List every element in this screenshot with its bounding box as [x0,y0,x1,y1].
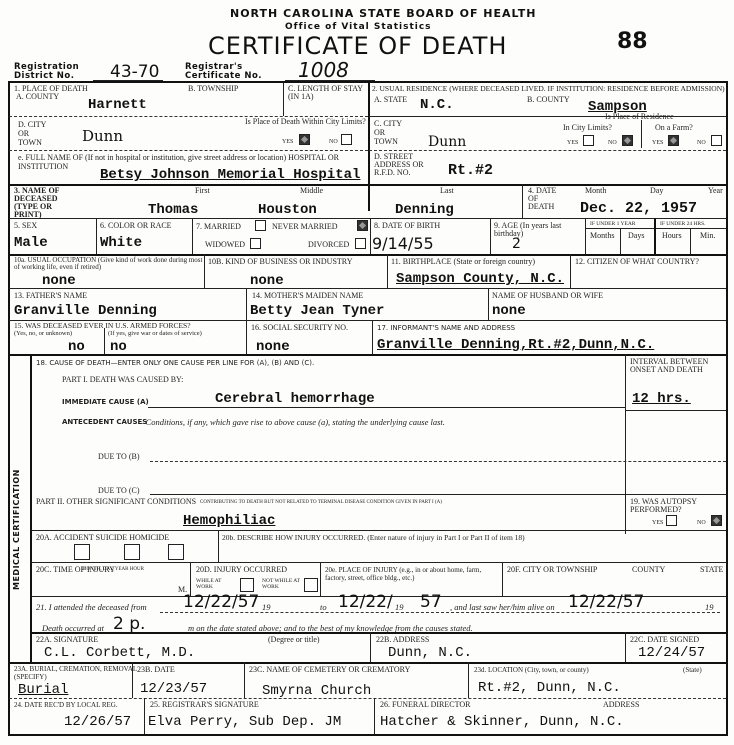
last-name-label: Last [440,187,454,195]
date-of-death-value[interactable]: Dec. 22, 1957 [580,202,697,216]
widowed-label: WIDOWED [205,241,245,249]
widowed-checkbox[interactable] [250,238,261,249]
attended-to-19-label: 19 [395,603,404,611]
certificate-title: CERTIFICATE OF DEATH [208,32,507,60]
township-label: b. TOWNSHIP [188,85,238,93]
on-farm-no-label: NO [697,139,706,147]
in-city-no-label: NO [608,139,617,147]
cause-of-death-label: 18. CAUSE OF DEATH—ENTER ONLY ONE CAUSE … [36,359,314,367]
mother-label: 14. MOTHER'S MAIDEN NAME [252,292,363,300]
burial-location-label: 23d. LOCATION (City, town, or county) [474,666,589,674]
within-limits-yes-label: YES [282,138,293,146]
within-limits-label: Is Place of Death Within City Limits? [245,118,370,126]
occupation-label: 10a. USUAL OCCUPATION (Give kind of work… [14,257,204,271]
race-value[interactable]: White [100,236,142,250]
attended-from-value[interactable]: 12/22/57 [183,594,259,611]
last-name-value[interactable]: Denning [395,203,454,217]
death-county-label: a. COUNTY [16,93,59,101]
injury-city-label: 20f. CITY OR TOWNSHIP [507,566,597,574]
physician-address-label: 22b. ADDRESS [376,636,429,644]
autopsy-no-label: NO [697,519,706,527]
res-state-label: a. STATE [374,96,407,104]
never-married-label: NEVER MARRIED [272,223,338,231]
medical-certification-label: MEDICAL CERTIFICATION [12,469,21,590]
funeral-director-value[interactable]: Hatcher & Skinner, Dunn, N.C. [380,715,624,729]
sex-label: 5. SEX [14,222,37,230]
antecedent-label: ANTECEDENT CAUSES [62,418,147,426]
months-label: Months [590,232,614,240]
registrar-signature-label: 25. REGISTRAR'S SIGNATURE [150,701,259,709]
on-farm-no-checkbox[interactable] [711,135,722,146]
while-at-work-checkbox[interactable] [240,578,254,592]
informant-value[interactable]: Granville Denning,Rt.#2,Dunn,N.C. [377,338,654,352]
injury-occurred-label: 20d. INJURY OCCURRED [196,566,287,574]
deceased-name-label: 3. NAME OF DECEASED (Type or Print) [14,187,74,219]
autopsy-label: 19. WAS AUTOPSY PERFORMED? [630,498,720,514]
suicide-checkbox[interactable] [124,544,140,560]
in-city-yes-checkbox[interactable] [583,135,594,146]
registrar-signature-value[interactable]: Elva Perry, Sub Dep. JM [148,715,341,729]
immediate-cause-value[interactable]: Cerebral hemorrhage [215,392,375,406]
funeral-director-label: 26. FUNERAL DIRECTOR [380,701,470,709]
res-city-label: c. CITY OR TOWN [374,119,404,146]
death-time-value[interactable]: 2 p. [113,616,145,633]
armed-forces-sub2: (If yes, give war or dates of service) [108,330,202,338]
physician-address-value[interactable]: Dunn, N.C. [388,646,472,660]
certificate-no-value[interactable]: 1008 [298,62,349,79]
death-city-value[interactable]: Dunn [82,128,123,145]
armed-forces-label: 15. WAS DECEASED EVER IN U.S. ARMED FORC… [14,322,191,330]
accident-label: 20a. ACCIDENT SUICIDE HOMICIDE [36,534,169,542]
street-label: d. STREET ADDRESS or R.F.D. NO. [374,153,434,177]
res-county-label: b. COUNTY [527,96,570,104]
burial-date-label: 23b. DATE [137,666,175,674]
part1-label: PART I. DEATH WAS CAUSED BY: [62,376,183,384]
first-name-value[interactable]: Thomas [148,203,198,217]
divorced-checkbox[interactable] [355,238,366,249]
interval-label: INTERVAL BETWEEN ONSET AND DEATH [630,358,725,374]
immediate-cause-label: IMMEDIATE CAUSE (a) [62,398,149,406]
month-label: Month [585,187,606,195]
reg-district-value[interactable]: 43-70 [110,64,159,81]
due-to-c-label: DUE TO (c) [98,487,139,495]
informant-label: 17. INFORMANT'S NAME AND ADDRESS [377,324,515,332]
date-received-value[interactable]: 12/26/57 [64,715,131,729]
place-of-injury-label: 20e. PLACE OF INJURY (e.g., in or about … [325,566,500,582]
first-name-label: First [195,187,210,195]
corner-mark: 88 [617,33,648,50]
sex-value[interactable]: Male [14,236,48,250]
occupation-value[interactable]: none [42,274,76,288]
middle-name-label: Middle [300,187,323,195]
not-while-at-work-checkbox[interactable] [304,578,318,592]
board-heading: NORTH CAROLINA STATE BOARD OF HEALTH [230,7,536,20]
dob-value[interactable]: 9/14/55 [372,235,434,252]
date-signed-value[interactable]: 12/24/57 [638,646,705,660]
autopsy-yes-checkbox[interactable] [666,515,677,526]
autopsy-no-checkbox[interactable] [711,515,722,526]
birthplace-label: 11. BIRTHPLACE (State or foreign country… [391,258,535,266]
hours-label: Hours [662,232,682,240]
citizen-label: 12. CITIZEN OF WHAT COUNTRY? [575,258,699,266]
cemetery-label: 23c. NAME OF CEMETERY OR CREMATORY [249,666,410,674]
attended-to-value[interactable]: 12/22/ [338,594,393,611]
antecedent-note: —Conditions, if any, which gave rise to … [138,418,445,426]
interval-value[interactable]: 12 hrs. [632,392,691,406]
middle-name-value[interactable]: Houston [258,203,317,217]
last-saw-value[interactable]: 12/22/57 [568,594,644,611]
burial-state-label: (State) [683,666,702,674]
armed-forces-sub1: (Yes, no, or unknown) [14,330,72,338]
office-heading: Office of Vital Statistics [285,22,432,32]
autopsy-yes-label: YES [652,519,663,527]
in-city-yes-label: YES [567,139,578,147]
under-24-hrs-label: IF UNDER 24 HRS. [660,220,706,228]
on-farm-yes-checkbox[interactable] [668,135,679,146]
res-city-value[interactable]: Dunn [428,134,466,151]
date-signed-label: 22c. DATE SIGNED [630,636,699,644]
burial-location-value[interactable]: Rt.#2, Dunn, N.C. [478,681,621,695]
funeral-address-label: ADDRESS [603,701,639,709]
burial-date-value[interactable]: 12/23/57 [140,682,207,696]
within-limits-no-label: NO [329,138,338,146]
spouse-label: NAME OF HUSBAND OR WIFE [492,292,603,300]
degree-label: (Degree or title) [268,636,320,644]
date-of-death-label: 4. DATE OF DEATH [528,187,563,211]
in-place-label: Is Place of Residence [605,113,674,121]
birthplace-value[interactable]: Sampson County, N.C. [396,272,564,286]
part2-label: PART II. OTHER SIGNIFICANT CONDITIONS [36,498,196,506]
business-value[interactable]: none [250,274,284,288]
reg-district-label: Registration District No. [14,63,99,81]
accident-checkbox[interactable] [74,544,90,560]
injury-county-label: COUNTY [632,566,665,574]
in-city-label: In City Limits? [563,124,612,132]
death-occurred-label: Death occurred at [42,624,104,632]
burial-type-value[interactable]: Burial [18,683,68,697]
last-saw-19-label: 19 [705,603,714,611]
res-state-value[interactable]: N.C. [420,98,454,112]
homicide-checkbox[interactable] [168,544,184,560]
married-checkbox[interactable] [255,220,266,231]
father-value[interactable]: Granville Denning [14,304,157,318]
death-city-label: d. CITY OR TOWN [18,120,48,147]
business-label: 10b. KIND OF BUSINESS OR INDUSTRY [208,258,352,266]
on-farm-label: On a Farm? [655,124,693,132]
divorced-label: DIVORCED [308,241,349,249]
under-1-year-label: IF UNDER 1 YEAR [590,220,635,228]
armed-service-value[interactable]: no [110,340,127,354]
within-limits-yes-checkbox[interactable] [299,134,310,145]
attended-label: 21. I attended the deceased from [36,603,147,611]
day-label: Day [650,187,663,195]
signature-label: 22a. SIGNATURE [36,636,98,644]
father-label: 13. FATHER'S NAME [14,292,87,300]
never-married-checkbox[interactable] [357,220,368,231]
days-label: Days [628,232,644,240]
part2-value[interactable]: Hemophiliac [183,514,275,528]
signature-value[interactable]: C.L. Corbett, M.D. [44,646,195,660]
death-county-value[interactable]: Harnett [88,98,147,112]
death-occurred-note: m on the date stated above; and to the b… [188,624,473,632]
due-to-b-label: DUE TO (b) [98,453,139,461]
last-saw-label: , and last saw her/him alive on [450,603,555,611]
ssn-label: 16. SOCIAL SECURITY NO. [251,324,348,332]
part2-note: CONTRIBUTING TO DEATH BUT NOT RELATED TO… [200,499,442,507]
cemetery-value[interactable]: Smyrna Church [262,684,371,698]
ssn-value[interactable]: none [256,340,290,354]
certificate-no-label: Registrar's Certificate No. [185,63,285,81]
hospital-value[interactable]: Betsy Johnson Memorial Hospital [100,168,360,182]
burial-type-label: 23a. BURIAL, CREMATION, REMOVAL (Specify… [14,665,139,681]
spouse-value[interactable]: none [492,304,526,318]
describe-injury-label: 20b. DESCRIBE HOW INJURY OCCURRED. (Ente… [222,534,525,542]
attended-to-year-value[interactable]: 57 [420,594,442,611]
mother-value[interactable]: Betty Jean Tyner [250,304,384,318]
while-at-work-label: WHILE AT WORK [196,578,236,590]
race-label: 6. COLOR OR RACE [100,222,172,230]
attended-19-label: 19 [262,603,271,611]
dob-label: 8. DATE OF BIRTH [374,222,440,230]
usual-residence-label: 2. USUAL RESIDENCE (Where deceased lived… [372,85,725,93]
in-city-no-checkbox[interactable] [622,135,633,146]
injury-state-label: STATE [700,566,723,574]
not-while-at-work-label: NOT WHILE AT WORK [262,578,302,590]
on-farm-yes-label: YES [652,139,663,147]
date-received-label: 24. DATE REC'D BY LOCAL REG. [14,701,149,709]
age-label: 9. AGE (In years last birthday) [494,222,589,238]
time-sub-label: MONTH, DAY, YEAR HOUR [82,566,144,574]
attended-to-label: to [320,603,327,611]
age-value[interactable]: 2 [512,236,521,253]
year-label: Year [708,187,723,195]
min-label: Min. [700,232,715,240]
married-label: 7. MARRIED [196,223,241,231]
street-value[interactable]: Rt.#2 [448,164,493,178]
armed-forces-value[interactable]: no [68,340,85,354]
length-of-stay-label: c. LENGTH OF STAY (in 1a) [288,85,368,101]
within-limits-no-checkbox[interactable] [341,134,352,145]
